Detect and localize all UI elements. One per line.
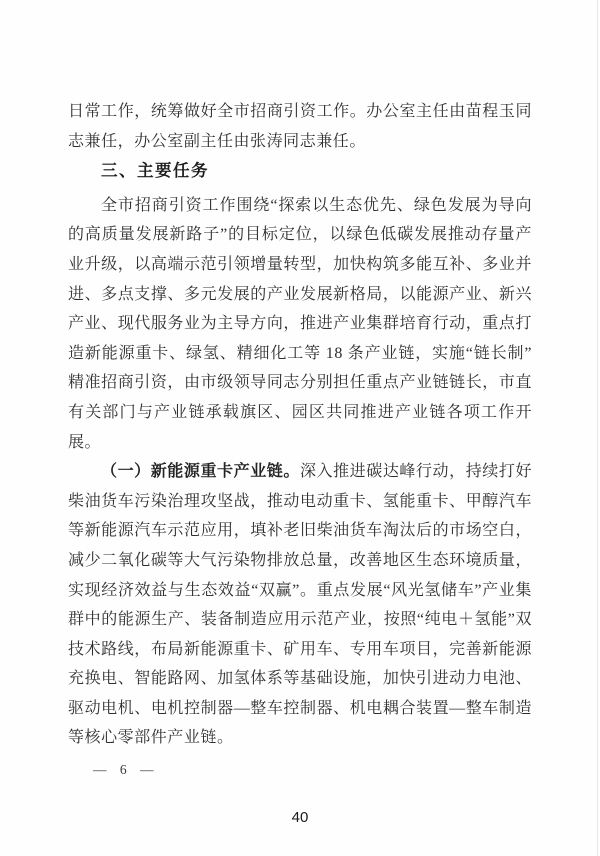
scanned-document-page: 日常工作，统筹做好全市招商引资工作。办公室主任由苗程玉同志兼任，办公室副主任由张… bbox=[0, 0, 600, 856]
item1-body-text: 深入推进碳达峰行动，持续打好柴油货车污染治理攻坚战，推动电动重卡、氢能重卡、甲醇… bbox=[68, 463, 532, 746]
viewer-page-number: 40 bbox=[0, 809, 600, 826]
paragraph-item1: （一）新能源重卡产业链。深入推进碳达峰行动，持续打好柴油货车污染治理攻坚战，推动… bbox=[68, 457, 532, 753]
section-heading: 三、主要任务 bbox=[68, 157, 532, 187]
item1-lead-label: （一）新能源重卡产业链。 bbox=[101, 463, 300, 480]
document-body: 日常工作，统筹做好全市招商引资工作。办公室主任由苗程玉同志兼任，办公室副主任由张… bbox=[68, 97, 532, 753]
scan-page-number-footer: — 6 — bbox=[93, 762, 159, 778]
paragraph-continuation: 日常工作，统筹做好全市招商引资工作。办公室主任由苗程玉同志兼任，办公室副主任由张… bbox=[68, 97, 532, 156]
paragraph-overview: 全市招商引资工作围绕“探索以生态优先、绿色发展为导向的高质量发展新路子”的目标定… bbox=[68, 191, 532, 457]
